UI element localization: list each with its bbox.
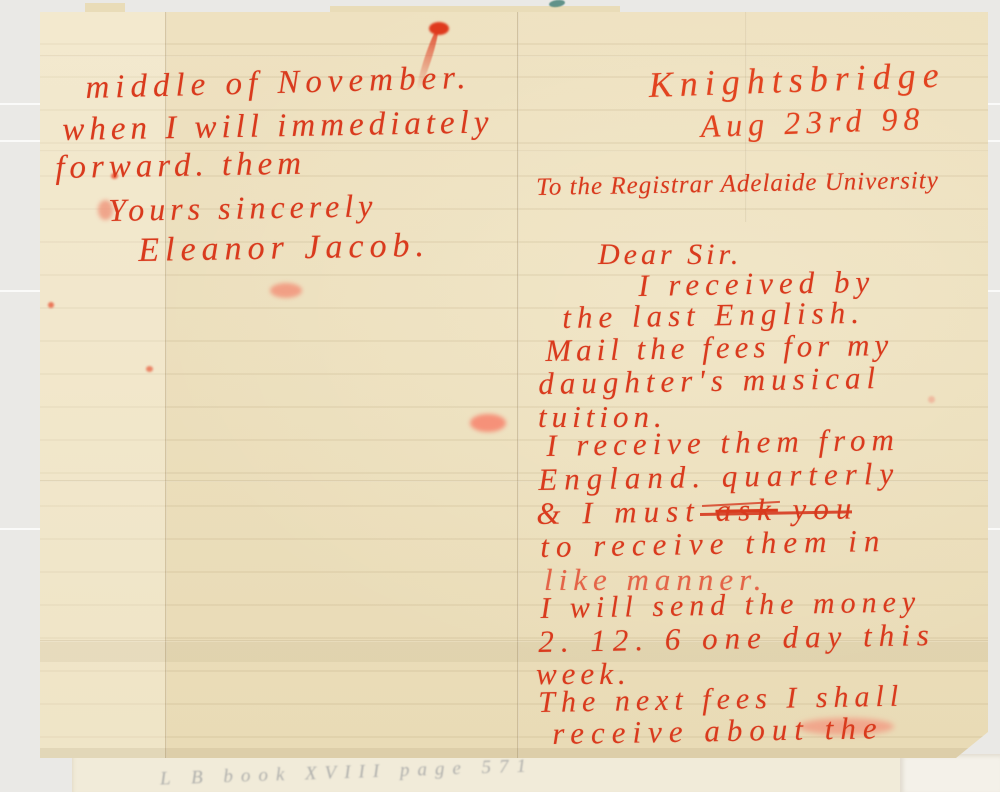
body-line: receive about the	[552, 710, 884, 752]
ink-dot	[928, 396, 935, 403]
correction-suffix: you	[778, 490, 859, 526]
letter-scan: L B book XVIII page 571 middle of Novemb…	[0, 0, 1000, 792]
bottom-edge-shade	[40, 748, 988, 758]
letter-date: Aug 23rd 98	[700, 100, 926, 145]
left-page-line-2: when I will immediately	[62, 104, 494, 149]
left-page-line-3: forward. them	[55, 146, 306, 187]
ink-dot	[48, 302, 54, 308]
ink-blot	[429, 22, 449, 35]
body-line: to receive them in	[540, 523, 887, 565]
correction-struck-word: ask	[715, 492, 778, 528]
body-line: 2. 12. 6 one day this	[538, 617, 936, 660]
signature: Eleanor Jacob.	[138, 227, 430, 270]
ink-dot	[146, 366, 153, 372]
correction-prefix: & I must	[536, 493, 716, 531]
ink-smudge	[270, 283, 302, 298]
backing-sheet-corner	[900, 754, 1000, 792]
body-line: daughter's musical	[538, 360, 881, 402]
closing-line: Yours sincerely	[108, 187, 378, 229]
ink-smudge	[470, 414, 506, 432]
